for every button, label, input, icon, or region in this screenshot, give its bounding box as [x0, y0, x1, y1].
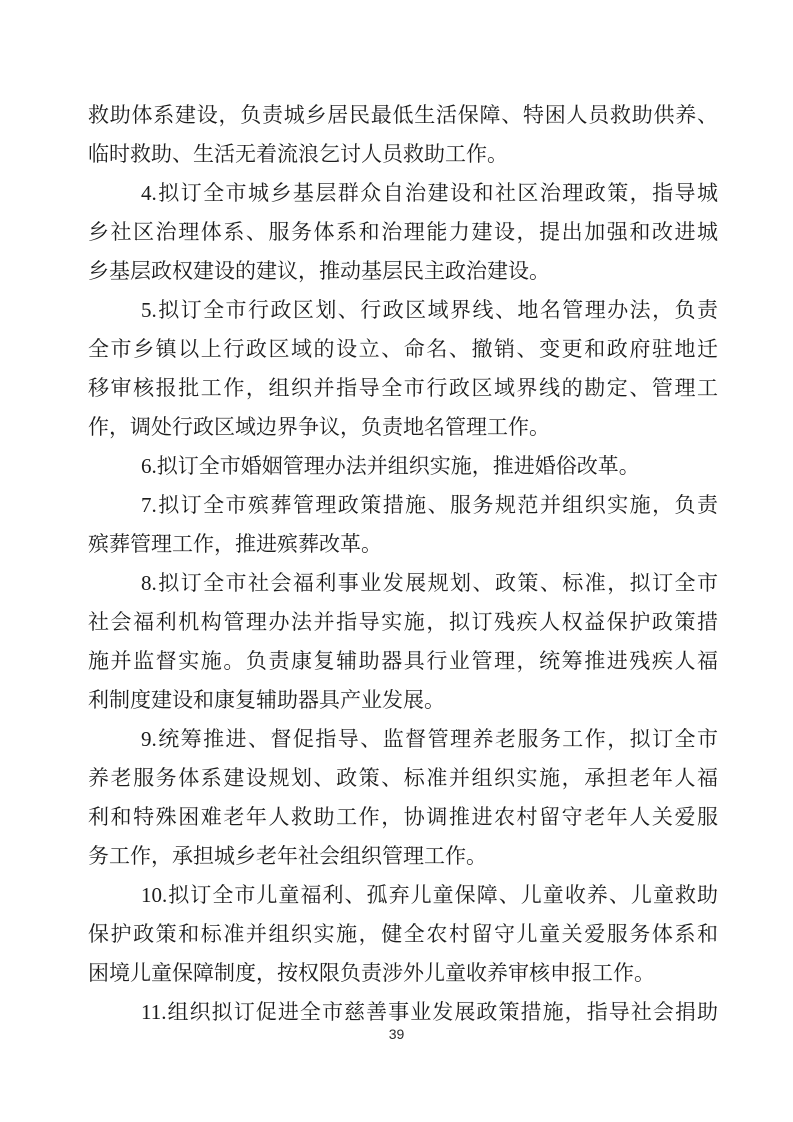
text-line: 9.统筹推进、督促指导、监督管理养老服务工作，拟订全市 — [88, 720, 718, 759]
text-line: 利和特殊困难老年人救助工作，协调推进农村留守老年人关爱服 — [88, 798, 718, 837]
text-line: 6.拟订全市婚姻管理办法并组织实施，推进婚俗改革。 — [88, 447, 718, 486]
text-line: 社会福利机构管理办法并指导实施，拟订残疾人权益保护政策措 — [88, 603, 718, 642]
text-line: 移审核报批工作，组织并指导全市行政区域界线的勘定、管理工 — [88, 369, 718, 408]
document-page: 救助体系建设，负责城乡居民最低生活保障、特困人员救助供养、 临时救助、生活无着流… — [0, 0, 793, 1122]
text-line: 5.拟订全市行政区划、行政区域界线、地名管理办法，负责 — [88, 291, 718, 330]
text-line: 7.拟订全市殡葬管理政策措施、服务规范并组织实施，负责 — [88, 486, 718, 525]
text-line: 临时救助、生活无着流浪乞讨人员救助工作。 — [88, 135, 718, 174]
text-line: 救助体系建设，负责城乡居民最低生活保障、特困人员救助供养、 — [88, 96, 718, 135]
page-number: 39 — [0, 1024, 793, 1044]
text-line: 作，调处行政区域边界争议，负责地名管理工作。 — [88, 408, 718, 447]
text-line: 困境儿童保障制度，按权限负责涉外儿童收养审核申报工作。 — [88, 954, 718, 993]
text-line: 10.拟订全市儿童福利、孤弃儿童保障、儿童收养、儿童救助 — [88, 876, 718, 915]
text-line: 全市乡镇以上行政区域的设立、命名、撤销、变更和政府驻地迁 — [88, 330, 718, 369]
text-line: 利制度建设和康复辅助器具产业发展。 — [88, 681, 718, 720]
text-block: 救助体系建设，负责城乡居民最低生活保障、特困人员救助供养、 临时救助、生活无着流… — [88, 96, 718, 1032]
text-line: 殡葬管理工作，推进殡葬改革。 — [88, 525, 718, 564]
text-line: 养老服务体系建设规划、政策、标准并组织实施，承担老年人福 — [88, 759, 718, 798]
text-line: 4.拟订全市城乡基层群众自治建设和社区治理政策，指导城 — [88, 174, 718, 213]
text-line: 8.拟订全市社会福利事业发展规划、政策、标准，拟订全市 — [88, 564, 718, 603]
text-line: 保护政策和标准并组织实施，健全农村留守儿童关爱服务体系和 — [88, 915, 718, 954]
text-line: 务工作，承担城乡老年社会组织管理工作。 — [88, 837, 718, 876]
text-line: 乡基层政权建设的建议，推动基层民主政治建设。 — [88, 252, 718, 291]
text-line: 乡社区治理体系、服务体系和治理能力建设，提出加强和改进城 — [88, 213, 718, 252]
text-line: 施并监督实施。负责康复辅助器具行业管理，统筹推进残疾人福 — [88, 642, 718, 681]
